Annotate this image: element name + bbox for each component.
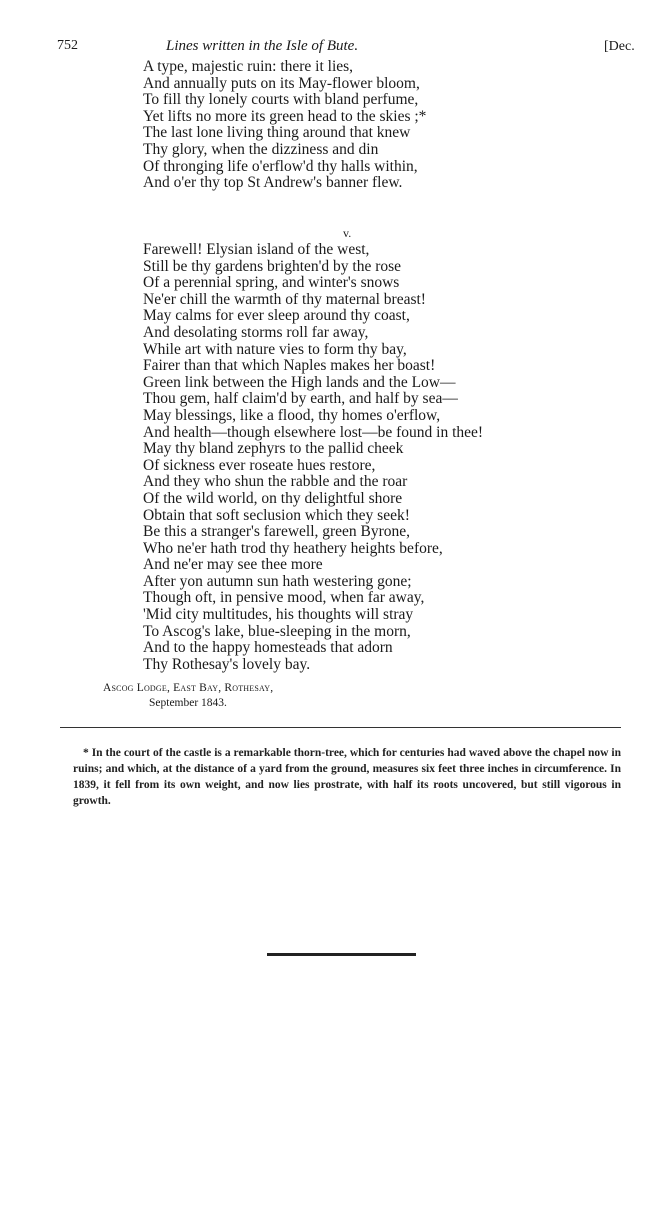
- verse-line: Thy Rothesay's lovely bay.: [143, 657, 483, 674]
- verse-line: Green link between the High lands and th…: [143, 375, 483, 392]
- verse-line: And ne'er may see thee more: [143, 557, 483, 574]
- verse-line: Fairer than that which Naples makes her …: [143, 358, 483, 375]
- verse-line: After yon autumn sun hath westering gone…: [143, 574, 483, 591]
- verse-line: Still be thy gardens brighten'd by the r…: [143, 259, 483, 276]
- running-title: Lines written in the Isle of Bute.: [166, 38, 358, 55]
- verse-line: Who ne'er hath trod thy heathery heights…: [143, 541, 483, 558]
- verse-line: Be this a stranger's farewell, green Byr…: [143, 524, 483, 541]
- verse-line: Farewell! Elysian island of the west,: [143, 242, 483, 259]
- page-header: 752 Lines written in the Isle of Bute. […: [0, 38, 671, 58]
- verse-line: And desolating storms roll far away,: [143, 325, 483, 342]
- signature-date: September 1843.: [103, 696, 273, 711]
- verse-line: Ne'er chill the warmth of thy maternal b…: [143, 292, 483, 309]
- verse-line: While art with nature vies to form thy b…: [143, 342, 483, 359]
- verse-line: And annually puts on its May-flower bloo…: [143, 76, 426, 93]
- signature-block: Ascog Lodge, East Bay, Rothesay, Septemb…: [103, 681, 273, 711]
- verse-line: Of a perennial spring, and winter's snow…: [143, 275, 483, 292]
- footnote-divider: [60, 727, 621, 728]
- verse-line: Of the wild world, on thy delightful sho…: [143, 491, 483, 508]
- running-month: [Dec.: [604, 39, 635, 55]
- verse-line: Obtain that soft seclusion which they se…: [143, 508, 483, 525]
- end-ornament-rule: [267, 953, 416, 956]
- signature-place: Ascog Lodge, East Bay, Rothesay,: [103, 681, 273, 696]
- verse-line: Of sickness ever roseate hues restore,: [143, 458, 483, 475]
- verse-line: The last lone living thing around that k…: [143, 125, 426, 142]
- verse-line: And o'er thy top St Andrew's banner flew…: [143, 175, 426, 192]
- verse-line: Thou gem, half claim'd by earth, and hal…: [143, 391, 483, 408]
- verse-line: May blessings, like a flood, thy homes o…: [143, 408, 483, 425]
- verse-line: To fill thy lonely courts with bland per…: [143, 92, 426, 109]
- verse-line: Thy glory, when the dizziness and din: [143, 142, 426, 159]
- verse-line: A type, majestic ruin: there it lies,: [143, 59, 426, 76]
- stanza-number: v.: [343, 226, 351, 241]
- verse-line: 'Mid city multitudes, his thoughts will …: [143, 607, 483, 624]
- verse-line: Yet lifts no more its green head to the …: [143, 109, 426, 126]
- verse-line: And they who shun the rabble and the roa…: [143, 474, 483, 491]
- verse-line: May thy bland zephyrs to the pallid chee…: [143, 441, 483, 458]
- stanza-v: Farewell! Elysian island of the west, St…: [143, 242, 483, 673]
- verse-line: And health—though elsewhere lost—be foun…: [143, 425, 483, 442]
- verse-line: Of thronging life o'erflow'd thy halls w…: [143, 159, 426, 176]
- verse-line: And to the happy homesteads that adorn: [143, 640, 483, 657]
- verse-line: May calms for ever sleep around thy coas…: [143, 308, 483, 325]
- verse-line: Though oft, in pensive mood, when far aw…: [143, 590, 483, 607]
- stanza-continued: A type, majestic ruin: there it lies, An…: [143, 59, 426, 192]
- page-number: 752: [57, 38, 78, 54]
- footnote: * In the court of the castle is a remark…: [73, 745, 621, 809]
- verse-line: To Ascog's lake, blue-sleeping in the mo…: [143, 624, 483, 641]
- footnote-text: * In the court of the castle is a remark…: [73, 745, 621, 809]
